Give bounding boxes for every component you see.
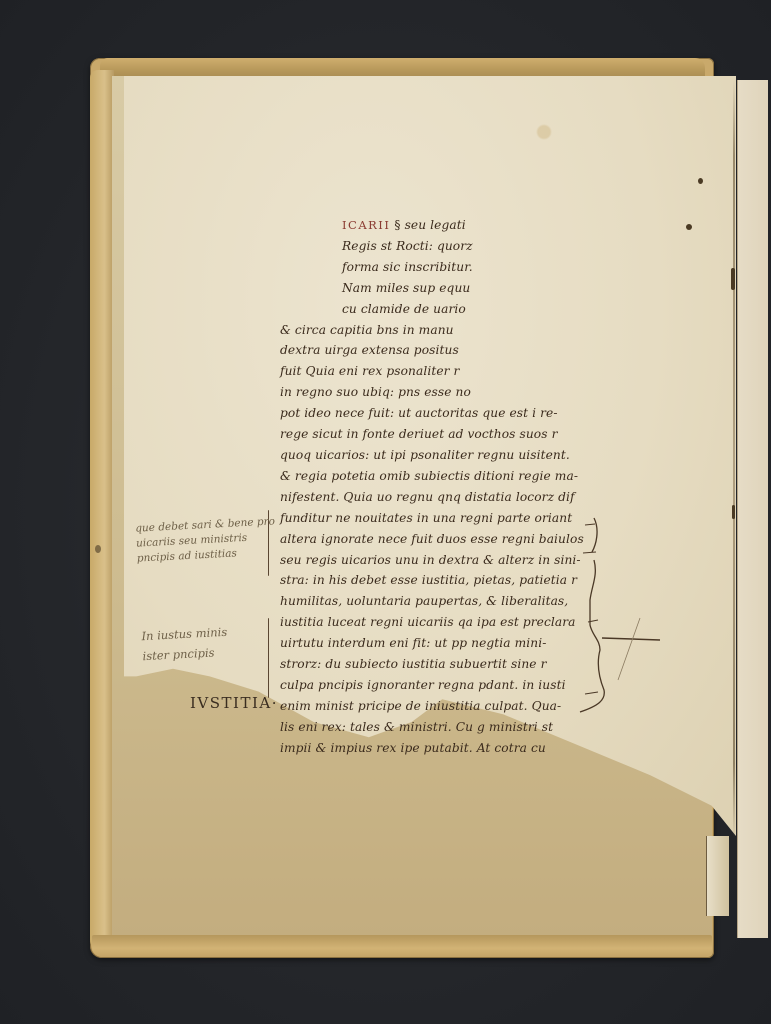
- right-margin-pen-strokes: [0, 0, 771, 1024]
